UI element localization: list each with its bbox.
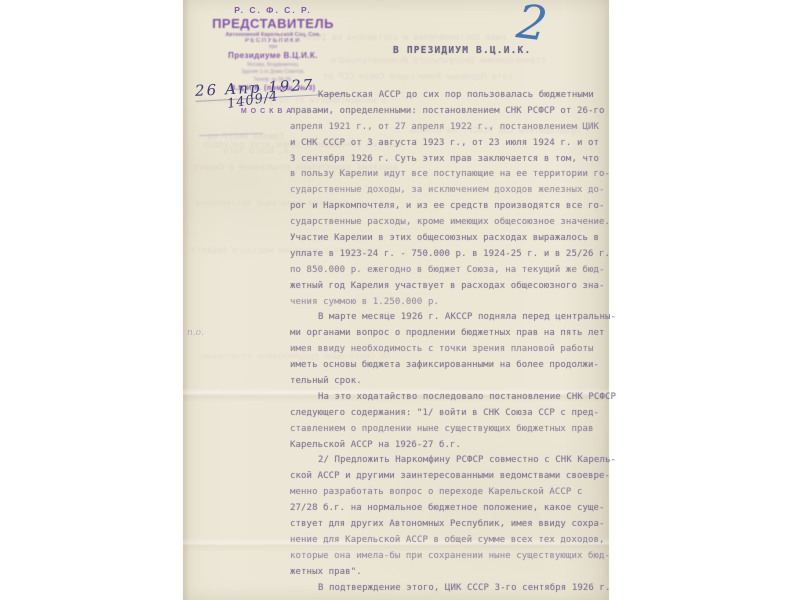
body-line: ставлением о продлении ныне существующих…: [290, 422, 606, 438]
body-line: Карельской АССР на 1926-27 б.г.: [290, 438, 606, 454]
document-heading: В ПРЕЗИДИУМ В.Ц.И.К.: [393, 45, 543, 56]
letterhead-address-1: Москва, Воздвиженка,: [193, 62, 353, 68]
body-line: жетных прав".: [290, 565, 606, 581]
scanned-document-page: 2 Р. С. Ф. С. Р. ПРЕДСТАВИТЕЛЬ Автономно…: [0, 0, 800, 600]
letterhead-office: ПРЕДСТАВИТЕЛЬ: [193, 16, 353, 31]
body-line: которые она имела-бы при сохранении ныне…: [290, 549, 606, 565]
body-line: 27/28 б.г. на нормальное бюджетное полож…: [290, 501, 606, 517]
body-line: ской АССР и другими заинтересованными ве…: [290, 469, 606, 485]
body-line: Участие Карелии в этих общесоюзных расхо…: [290, 231, 606, 247]
body-line: 2/ Предложить Наркомфину РСФСР совместно…: [290, 453, 606, 469]
body-line: правами, определенными: постановлением С…: [290, 104, 606, 120]
body-line: сударственные доходы, за исключением дох…: [290, 183, 606, 199]
body-line: по 850.000 р. ежегодно в бюджет Союза, н…: [290, 263, 606, 279]
receipt-scribble: [199, 127, 263, 136]
body-line: На это ходатайство последовало постановл…: [290, 390, 606, 406]
document-body: Карельская АССР до сих пор пользовалась …: [290, 88, 606, 597]
body-line: Карельская АССР до сих пор пользовалась …: [290, 88, 606, 104]
body-line: апреля 1921 г., от 27 апреля 1922 г., по…: [290, 120, 606, 136]
body-line: следующего содержания: "1/ войти в СНК С…: [290, 406, 606, 422]
margin-ink-mark: п.о.: [187, 328, 204, 338]
body-line: ми органами вопрос о продлении бюджетных…: [290, 326, 606, 342]
letterhead-subtitle-3: при: [193, 44, 353, 50]
body-line: В подтверждение этого, ЦИК СССР 3-го сен…: [290, 581, 606, 597]
body-line: чения суммою в 1.250.000 р.: [290, 295, 606, 311]
body-line: в пользу Карелии идут все поступающие на…: [290, 167, 606, 183]
paragraph-4: 2/ Предложить Наркомфину РСФСР совместно…: [290, 453, 606, 580]
body-line: и СНК СССР от 3 августа 1923 г., от 23 и…: [290, 136, 606, 152]
body-line: иметь основы бюджета зафиксированными на…: [290, 358, 606, 374]
paragraph-2: В марте месяце 1926 г. АКССР подняла пер…: [290, 310, 606, 389]
body-line: жетный год Карелия участвует в расходах …: [290, 279, 606, 295]
body-line: имея ввиду необходимость с точки зрения …: [290, 342, 606, 358]
document-paper: 2 Р. С. Ф. С. Р. ПРЕДСТАВИТЕЛЬ Автономно…: [183, 0, 609, 600]
body-line: 3 сентября 1926 г. Суть этих прав заключ…: [290, 152, 606, 168]
body-line: уплате в 1923-24 г. - 750.000 р. в 1924-…: [290, 247, 606, 263]
body-line: В марте месяце 1926 г. АКССР подняла пер…: [290, 310, 606, 326]
paragraph-5: В подтверждение этого, ЦИК СССР 3-го сен…: [290, 581, 606, 597]
paragraph-3: На это ходатайство последовало постановл…: [290, 390, 606, 454]
letterhead-country: Р. С. Ф. С. Р.: [193, 5, 353, 15]
bleedthrough-text: а. Всего того: [223, 146, 290, 156]
body-line: рог и Наркомпочтеля, и из ее средств про…: [290, 199, 606, 215]
body-line: сударственные расходы, кроме имеющих общ…: [290, 215, 606, 231]
body-line: нение для Карельской АССР в общей сумме …: [290, 533, 606, 549]
bleedthrough-text: становлениями Центрального Исполнительно…: [331, 56, 546, 66]
body-line: ствует для других Автономных Республик, …: [290, 517, 606, 533]
body-line: менно разработать вопрос о переходе Каре…: [290, 485, 606, 501]
letterhead-subtitle-4: Президиуме В.Ц.И.К.: [193, 51, 353, 60]
body-line: тельный срок.: [290, 374, 606, 390]
paragraph-1: Карельская АССР до сих пор пользовалась …: [290, 88, 606, 310]
